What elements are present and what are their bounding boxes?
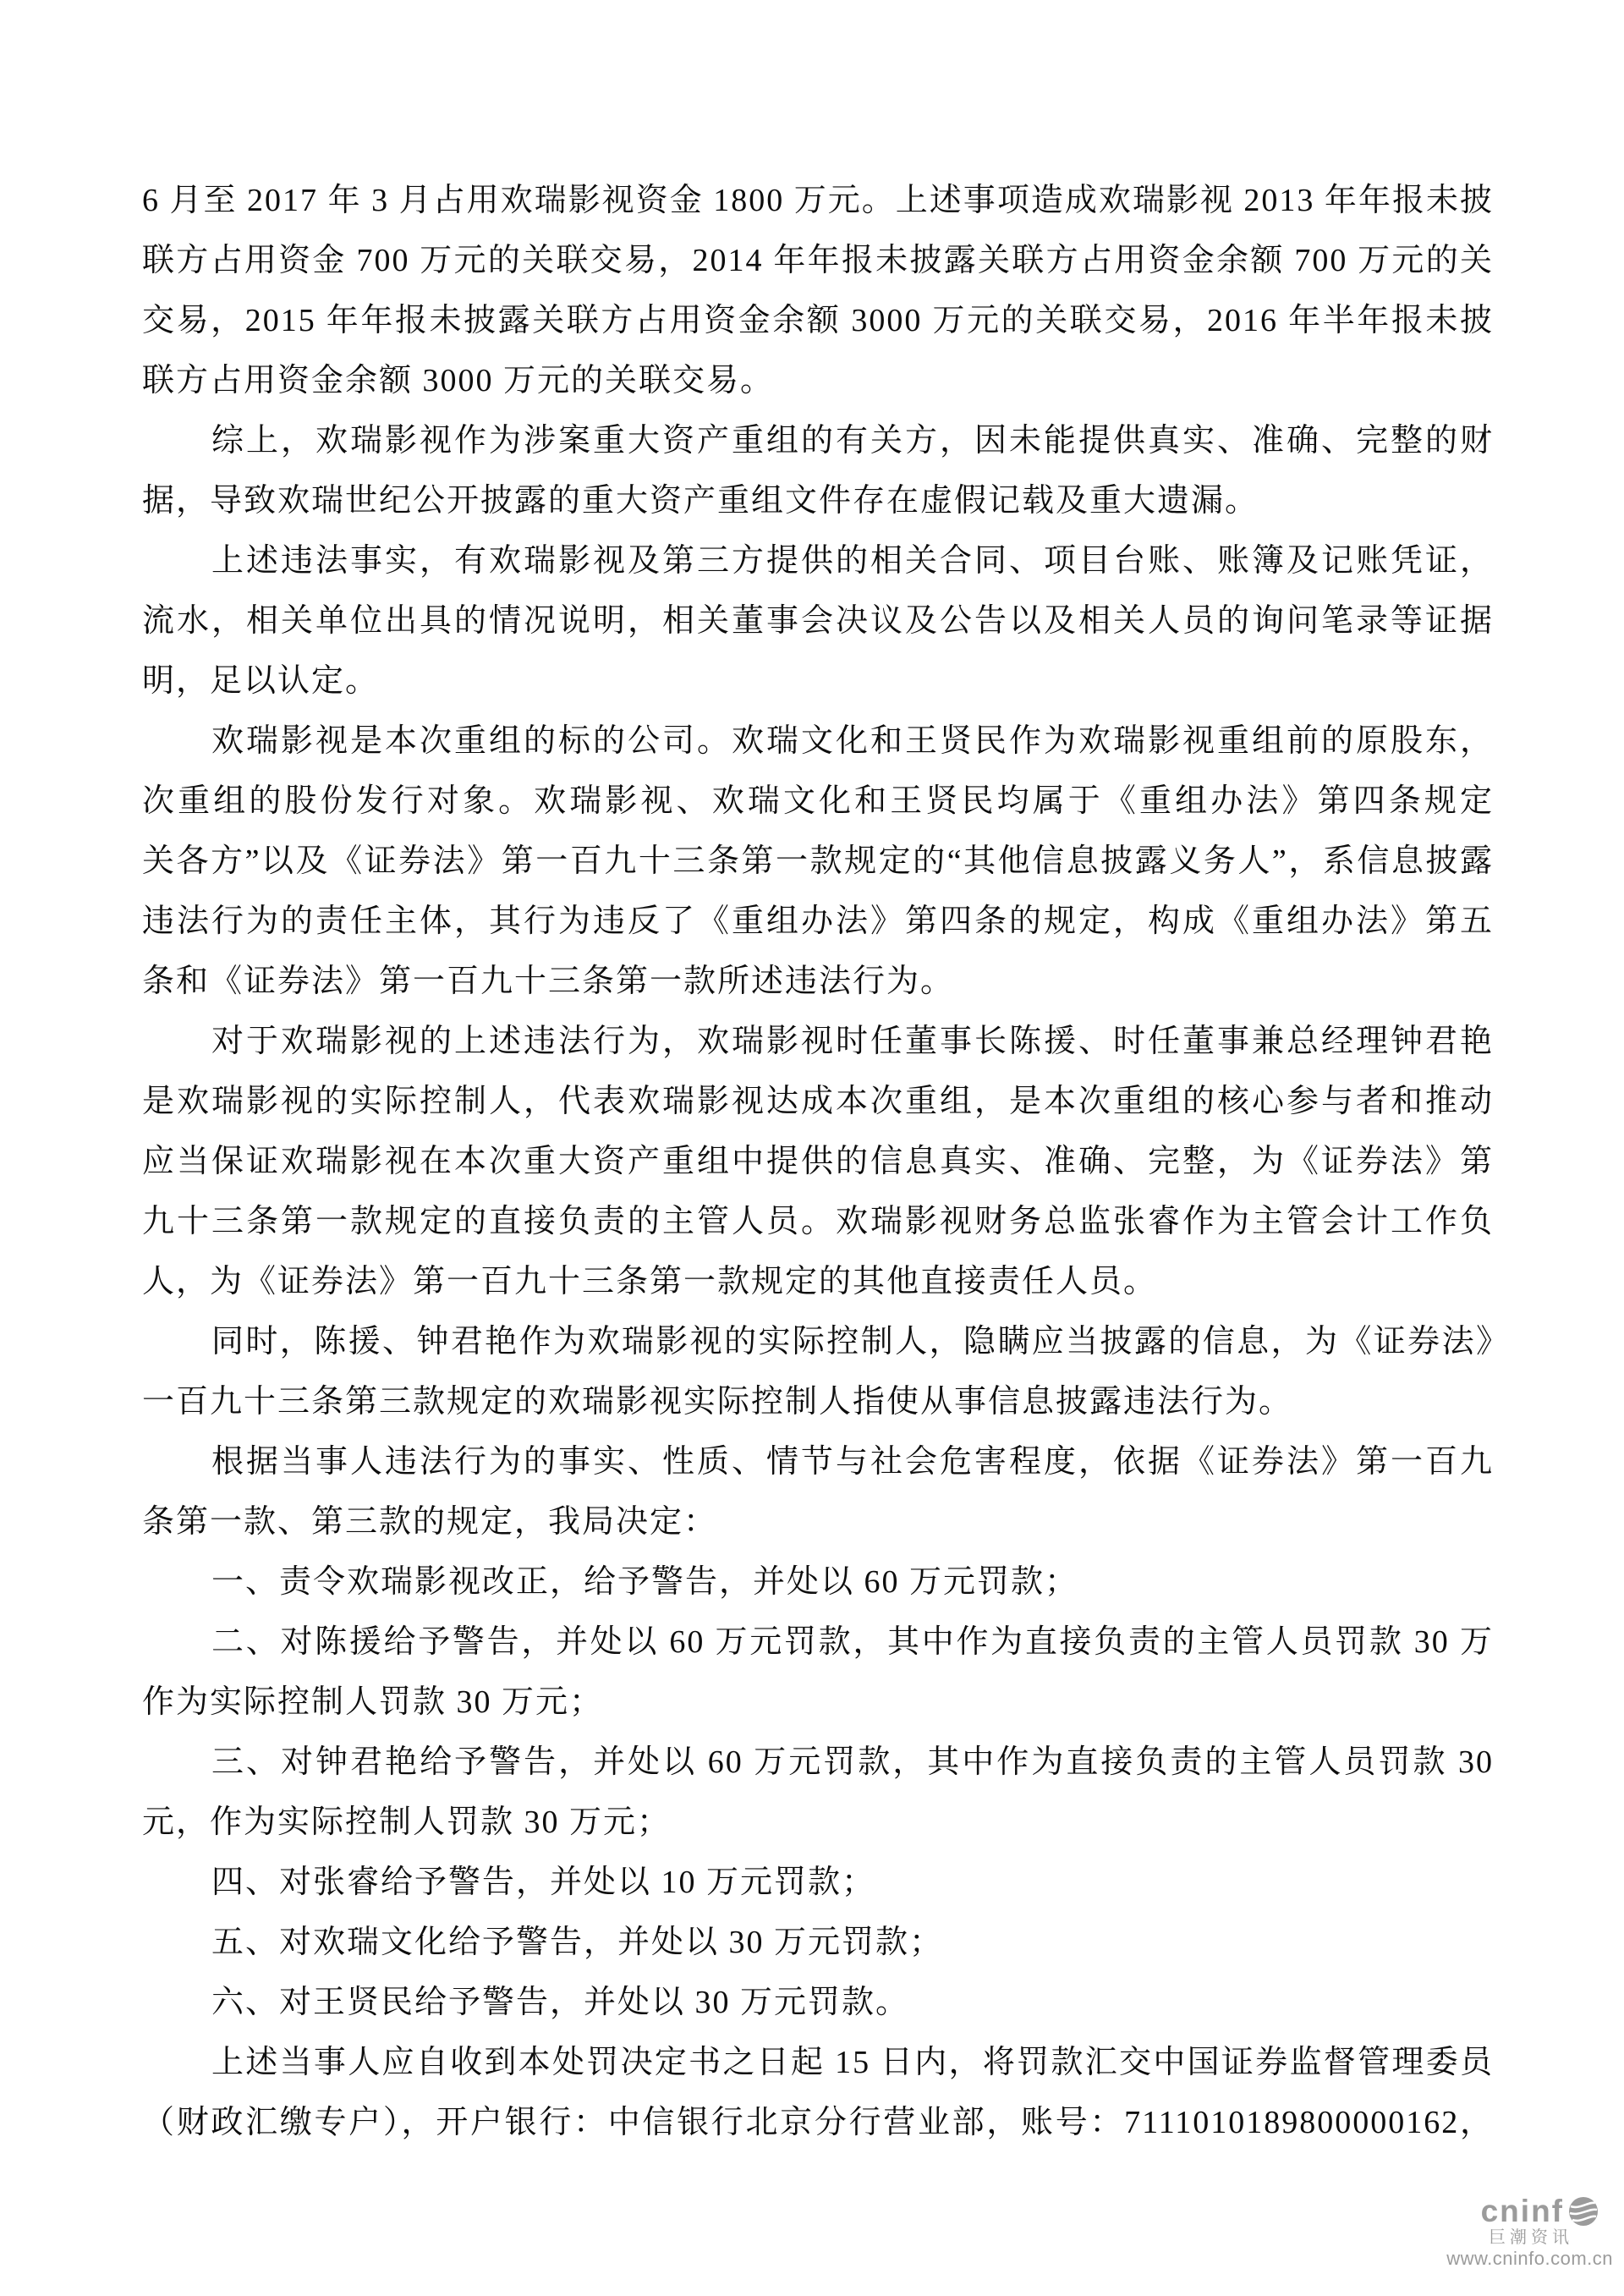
text-line: 四、对张睿给予警告，并处以 10 万元罚款；	[142, 1853, 1494, 1913]
text-line: 应当保证欢瑞影视在本次重大资产重组中提供的信息真实、准确、完整，为《证券法》第一…	[142, 1132, 1494, 1192]
text-line: 元，作为实际控制人罚款 30 万元；	[142, 1793, 1494, 1853]
text-line: 关各方”以及《证券法》第一百九十三条第一款规定的“其他信息披露义务人”，系信息披…	[142, 832, 1494, 892]
cninfo-chinese-name: 巨潮资讯	[1446, 2228, 1573, 2247]
text-line: 条第一款、第三款的规定，我局决定：	[142, 1492, 1494, 1552]
text-line: 条和《证券法》第一百九十三条第一款所述违法行为。	[142, 952, 1494, 1012]
text-line: 明，足以认定。	[142, 651, 1494, 711]
text-line: 一、责令欢瑞影视改正，给予警告，并处以 60 万元罚款；	[142, 1552, 1494, 1612]
text-line: 联方占用资金余额 3000 万元的关联交易。	[142, 351, 1494, 411]
text-line: 二、对陈援给予警告，并处以 60 万元罚款，其中作为直接负责的主管人员罚款 30…	[142, 1612, 1494, 1673]
text-line: 据，导致欢瑞世纪公开披露的重大资产重组文件存在虚假记载及重大遗漏。	[142, 471, 1494, 531]
text-line: 对于欢瑞影视的上述违法行为，欢瑞影视时任董事长陈援、时任董事兼总经理钟君艳夫妇	[142, 1012, 1494, 1072]
cninfo-watermark: cninf 巨潮资讯 www.cninfo.com.cn	[1446, 2197, 1613, 2269]
text-line: 上述违法事实，有欢瑞影视及第三方提供的相关合同、项目台账、账簿及记账凭证，银行	[142, 531, 1494, 591]
text-line: 根据当事人违法行为的事实、性质、情节与社会危害程度，依据《证券法》第一百九十三	[142, 1432, 1494, 1492]
text-line: 欢瑞影视是本次重组的标的公司。欢瑞文化和王贤民作为欢瑞影视重组前的原股东，是本	[142, 711, 1494, 772]
text-line: 一百九十三条第三款规定的欢瑞影视实际控制人指使从事信息披露违法行为。	[142, 1372, 1494, 1432]
text-line: （财政汇缴专户），开户银行：中信银行北京分行营业部，账号：71110101898…	[142, 2093, 1494, 2153]
text-line: 六、对王贤民给予警告，并处以 30 万元罚款。	[142, 1973, 1494, 2033]
text-line: 流水，相关单位出具的情况说明，相关董事会决议及公告以及相关人员的询问笔录等证据证	[142, 591, 1494, 651]
text-line: 上述当事人应自收到本处罚决定书之日起 15 日内，将罚款汇交中国证券监督管理委员…	[142, 2033, 1494, 2093]
text-line: 同时，陈援、钟君艳作为欢瑞影视的实际控制人，隐瞒应当披露的信息，为《证券法》第	[142, 1312, 1494, 1372]
cninfo-website-url: www.cninfo.com.cn	[1446, 2249, 1613, 2269]
text-line: 作为实际控制人罚款 30 万元；	[142, 1673, 1494, 1733]
cninfo-globe-icon	[1569, 2197, 1598, 2226]
cninfo-brand-text: cninf	[1481, 2197, 1564, 2226]
text-line: 综上，欢瑞影视作为涉案重大资产重组的有关方，因未能提供真实、准确、完整的财务数	[142, 411, 1494, 471]
text-line: 联方占用资金 700 万元的关联交易，2014 年年报未披露关联方占用资金余额 …	[142, 231, 1494, 291]
text-line: 次重组的股份发行对象。欢瑞影视、欢瑞文化和王贤民均属于《重组办法》第四条规定的“…	[142, 772, 1494, 832]
document-body: 6 月至 2017 年 3 月占用欢瑞影视资金 1800 万元。上述事项造成欢瑞…	[142, 171, 1494, 2153]
text-line: 违法行为的责任主体，其行为违反了《重组办法》第四条的规定，构成《重组办法》第五十…	[142, 892, 1494, 952]
text-line: 三、对钟君艳给予警告，并处以 60 万元罚款，其中作为直接负责的主管人员罚款 3…	[142, 1733, 1494, 1793]
text-line: 五、对欢瑞文化给予警告，并处以 30 万元罚款；	[142, 1913, 1494, 1973]
text-line: 是欢瑞影视的实际控制人，代表欢瑞影视达成本次重组，是本次重组的核心参与者和推动者…	[142, 1072, 1494, 1132]
text-line: 交易，2015 年年报未披露关联方占用资金余额 3000 万元的关联交易，201…	[142, 291, 1494, 351]
text-line: 6 月至 2017 年 3 月占用欢瑞影视资金 1800 万元。上述事项造成欢瑞…	[142, 171, 1494, 231]
text-line: 九十三条第一款规定的直接负责的主管人员。欢瑞影视财务总监张睿作为主管会计工作负责	[142, 1192, 1494, 1252]
text-line: 人，为《证券法》第一百九十三条第一款规定的其他直接责任人员。	[142, 1252, 1494, 1312]
